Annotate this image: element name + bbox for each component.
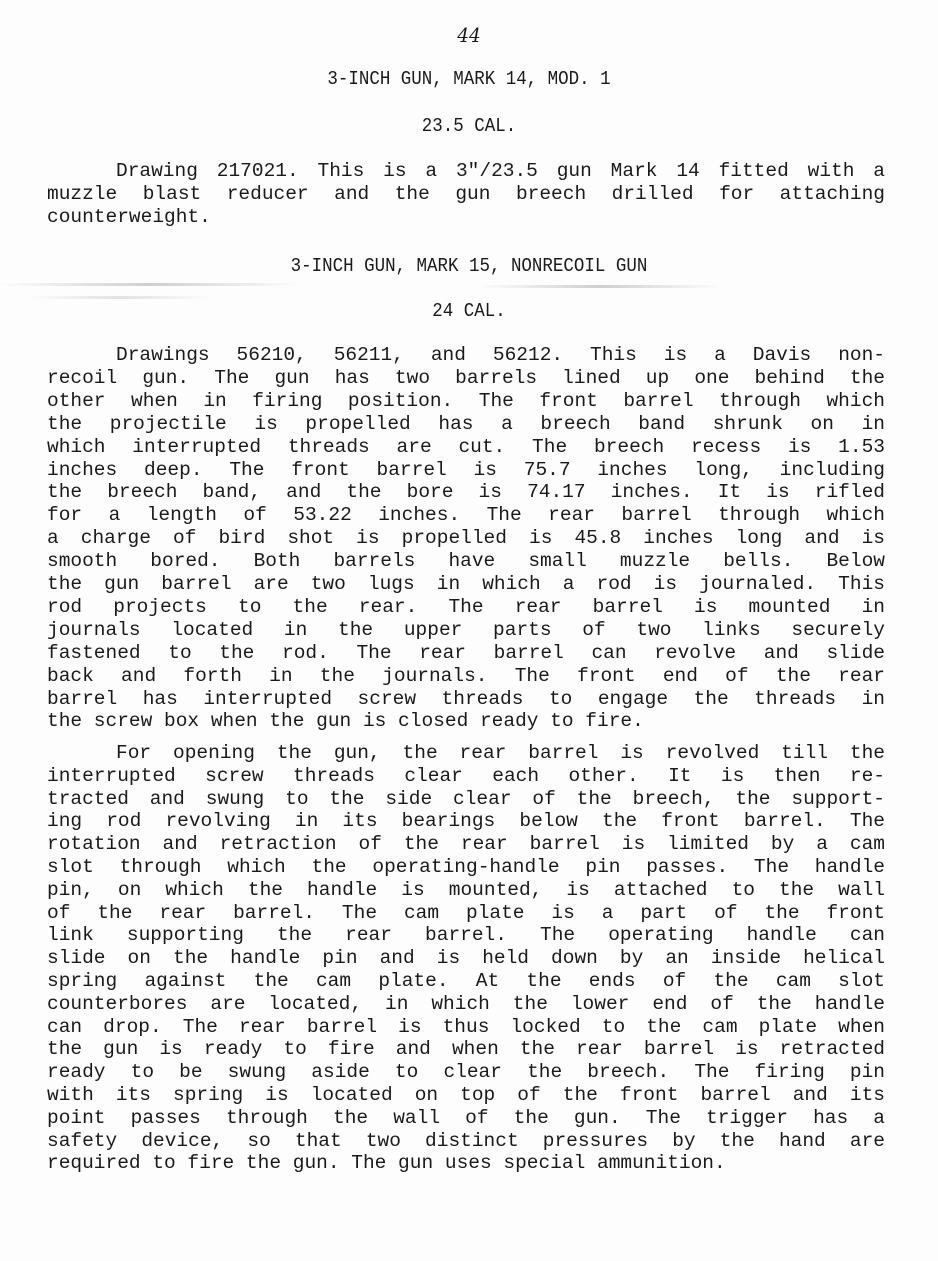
text-line: interrupted screw threads clear each oth…	[47, 765, 885, 788]
text-line: journals located in the upper parts of t…	[47, 619, 885, 642]
text-line: slot through which the operating-handle …	[47, 856, 885, 879]
section-title: 3-INCH GUN, MARK 14, MOD. 1	[38, 68, 901, 90]
text-line: point passes through the wall of the gun…	[47, 1107, 885, 1130]
text-line: the breech band, and the bore is 74.17 i…	[47, 481, 885, 504]
text-line: smooth bored. Both barrels have small mu…	[47, 550, 885, 573]
text-line: Drawing 217021. This is a 3"/23.5 gun Ma…	[116, 160, 885, 183]
text-line: other when in firing position. The front…	[47, 390, 885, 413]
text-line: spring against the cam plate. At the end…	[47, 970, 885, 993]
text-line: pin, on which the handle is mounted, is …	[47, 879, 885, 902]
text-line: counterweight.	[47, 206, 885, 229]
text-line: the gun barrel are two lugs in which a r…	[47, 573, 885, 596]
text-line: Drawings 56210, 56211, and 56212. This i…	[116, 344, 885, 367]
text-line: counterbores are located, in which the l…	[47, 993, 885, 1016]
text-line: can drop. The rear barrel is thus locked…	[47, 1016, 885, 1039]
text-line: rod projects to the rear. The rear barre…	[47, 596, 885, 619]
text-line: the screw box when the gun is closed rea…	[47, 710, 885, 733]
text-line: safety device, so that two distinct pres…	[47, 1130, 885, 1153]
scan-smudge	[30, 296, 210, 299]
section-title: 3-INCH GUN, MARK 15, NONRECOIL GUN	[38, 255, 901, 277]
scan-smudge	[480, 285, 720, 288]
text-line: with its spring is located on top of the…	[47, 1084, 885, 1107]
text-line: required to fire the gun. The gun uses s…	[47, 1152, 885, 1175]
text-line: tracted and swung to the side clear of t…	[47, 788, 885, 811]
text-line: for a length of 53.22 inches. The rear b…	[47, 504, 885, 527]
document-page: 44 3-INCH GUN, MARK 14, MOD. 1 23.5 CAL.…	[0, 0, 938, 1261]
text-line: barrel has interrupted screw threads to …	[47, 688, 885, 711]
text-line: inches deep. The front barrel is 75.7 in…	[47, 459, 885, 482]
text-line: back and forth in the journals. The fron…	[47, 665, 885, 688]
text-line: which interrupted threads are cut. The b…	[47, 436, 885, 459]
text-line: For opening the gun, the rear barrel is …	[116, 742, 885, 765]
text-line: a charge of bird shot is propelled is 45…	[47, 527, 885, 550]
text-line: fastened to the rod. The rear barrel can…	[47, 642, 885, 665]
text-line: recoil gun. The gun has two barrels line…	[47, 367, 885, 390]
section-caliber: 24 CAL.	[38, 300, 901, 322]
text-line: link supporting the rear barrel. The ope…	[47, 924, 885, 947]
text-line: slide on the handle pin and is held down…	[47, 947, 885, 970]
page-number: 44	[38, 24, 901, 46]
text-line: muzzle blast reducer and the gun breech …	[47, 183, 885, 206]
text-line: the projectile is propelled has a breech…	[47, 413, 885, 436]
scan-smudge	[0, 283, 300, 286]
text-line: rotation and retraction of the rear barr…	[47, 833, 885, 856]
text-line: ing rod revolving in its bearings below …	[47, 810, 885, 833]
text-line: the gun is ready to fire and when the re…	[47, 1038, 885, 1061]
section-caliber: 23.5 CAL.	[38, 115, 901, 137]
text-line: of the rear barrel. The cam plate is a p…	[47, 902, 885, 925]
text-line: ready to be swung aside to clear the bre…	[47, 1061, 885, 1084]
